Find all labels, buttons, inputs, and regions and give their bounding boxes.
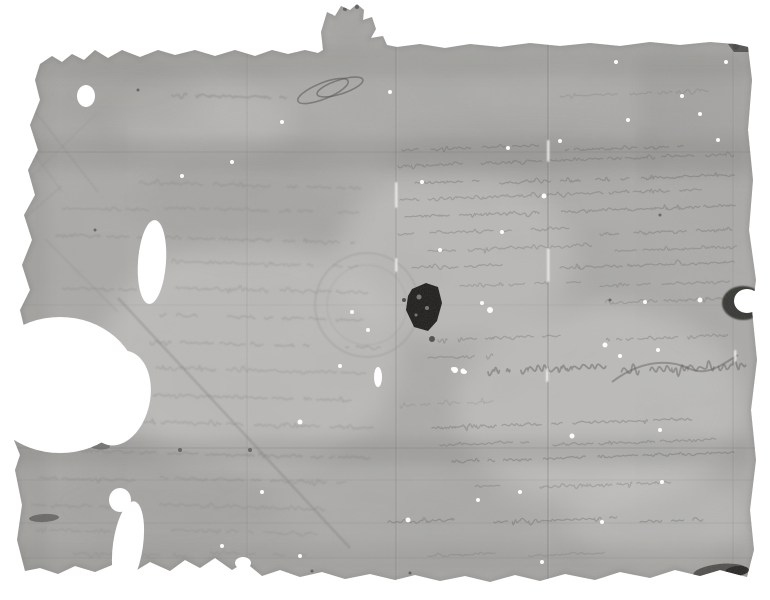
scan-viewport <box>0 0 770 600</box>
letter-scan-image <box>0 0 770 600</box>
